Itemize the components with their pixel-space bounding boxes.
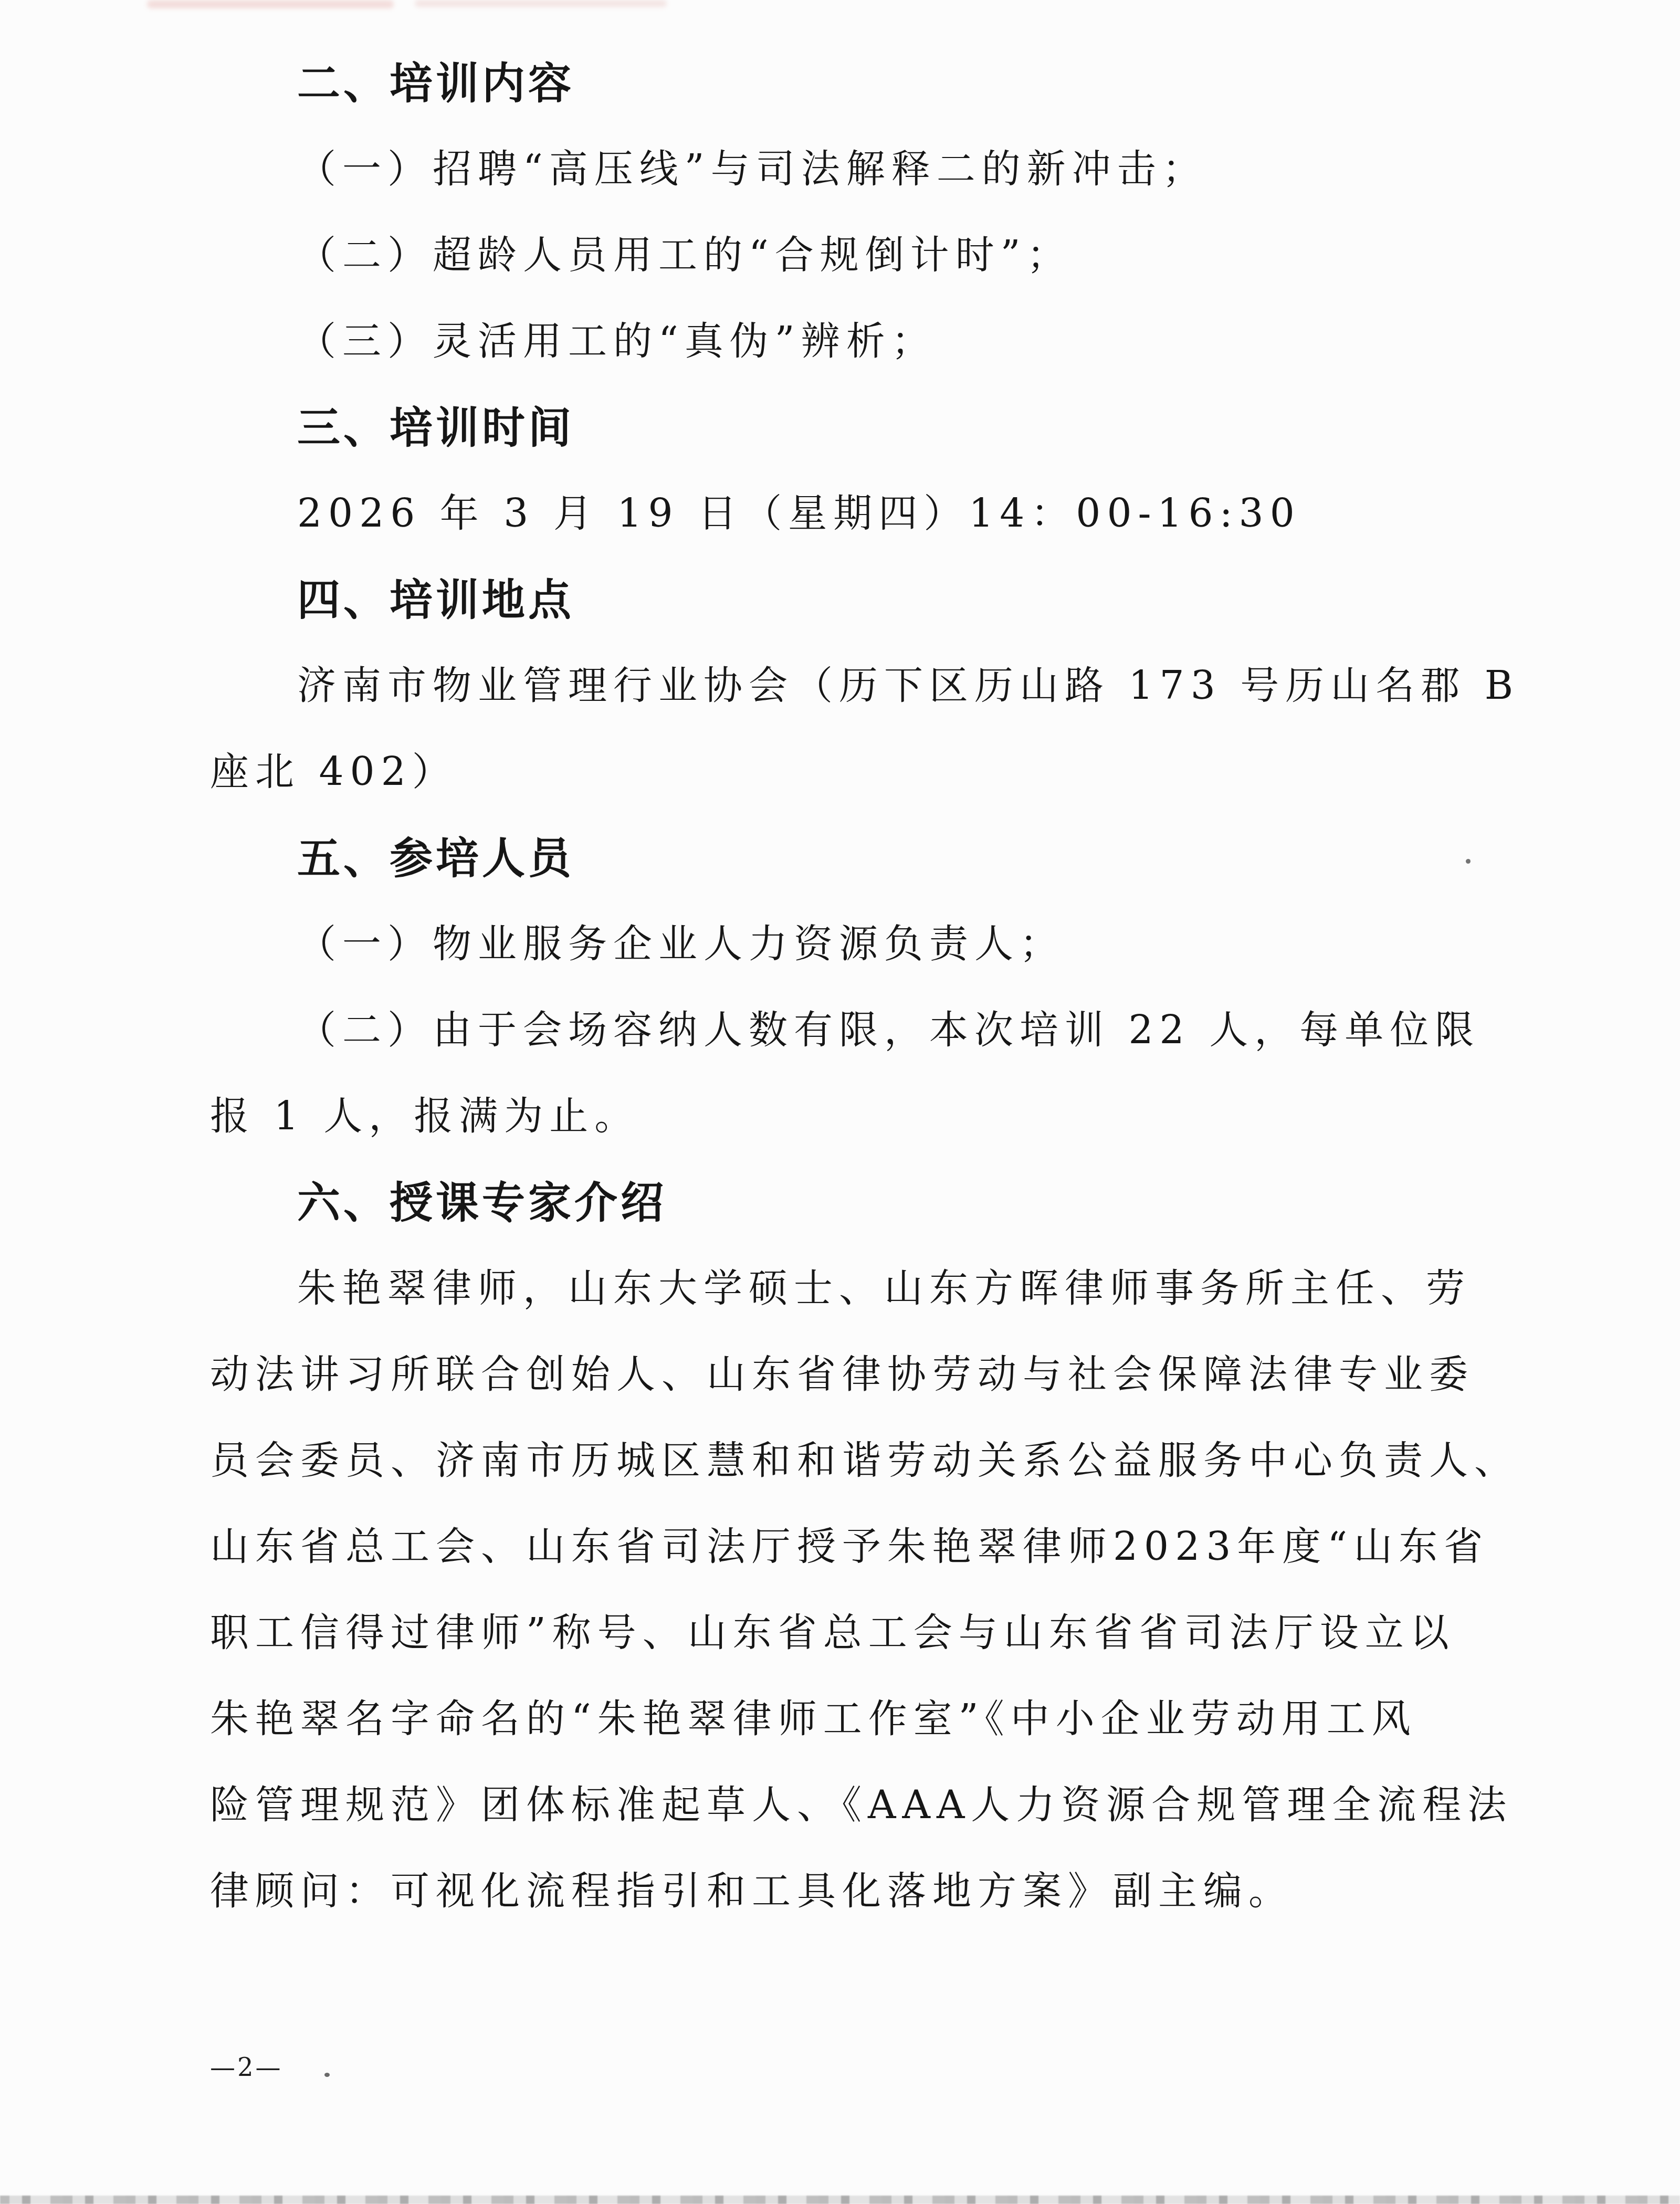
item-participants-2-line1: （二）由于会场容纳人数有限，本次培训 22 人，每单位限 [210,984,1522,1070]
item-training-content-2: （二）超龄人员用工的“合规倒计时”； [210,209,1522,295]
scan-artifact-smudge [147,0,394,8]
heading-expert-intro: 六、授课专家介绍 [210,1156,1522,1242]
heading-participants: 五、参培人员 [210,812,1522,898]
scan-artifact-smudge [415,0,667,7]
expert-intro-line-7: 险管理规范》团体标准起草人、《AAA人力资源合规管理全流程法 [210,1759,1522,1845]
scan-speck [1466,859,1471,864]
item-training-content-3: （三）灵活用工的“真伪”辨析； [210,295,1522,381]
text-training-time: 2026 年 3 月 19 日（星期四）14：00-16:30 [210,467,1522,553]
item-participants-1: （一）物业服务企业人力资源负责人； [210,898,1522,984]
heading-training-time: 三、培训时间 [210,381,1522,467]
expert-intro-line-5: 职工信得过律师”称号、山东省总工会与山东省省司法厅设立以 [210,1587,1522,1673]
expert-intro-line-2: 动法讲习所联合创始人、山东省律协劳动与社会保障法律专业委 [210,1328,1522,1414]
document-body: 二、培训内容 （一）招聘“高压线”与司法解释二的新冲击； （二）超龄人员用工的“… [210,37,1522,1931]
scanned-document-page: 二、培训内容 （一）招聘“高压线”与司法解释二的新冲击； （二）超龄人员用工的“… [0,0,1680,2204]
text-training-location-2: 座北 402） [210,726,1522,812]
expert-intro-line-6: 朱艳翠名字命名的“朱艳翠律师工作室”《中小企业劳动用工风 [210,1673,1522,1759]
scan-speck [324,2073,330,2077]
item-training-content-1: （一）招聘“高压线”与司法解释二的新冲击； [210,123,1522,209]
text-training-location-1: 济南市物业管理行业协会（历下区历山路 173 号历山名郡 B [210,639,1522,726]
scan-artifact-noise-band [0,2196,1680,2204]
page-number: —2— [210,2053,283,2082]
expert-intro-line-8: 律顾问：可视化流程指引和工具化落地方案》副主编。 [210,1845,1522,1931]
heading-training-location: 四、培训地点 [210,553,1522,639]
expert-intro-line-3: 员会委员、济南市历城区慧和和谐劳动关系公益服务中心负责人、 [210,1414,1522,1500]
expert-intro-line-4: 山东省总工会、山东省司法厅授予朱艳翠律师2023年度“山东省 [210,1500,1522,1587]
item-participants-2-line2: 报 1 人，报满为止。 [210,1070,1522,1156]
heading-training-content: 二、培训内容 [210,37,1522,123]
expert-intro-line-1: 朱艳翠律师，山东大学硕士、山东方晖律师事务所主任、劳 [210,1242,1522,1328]
